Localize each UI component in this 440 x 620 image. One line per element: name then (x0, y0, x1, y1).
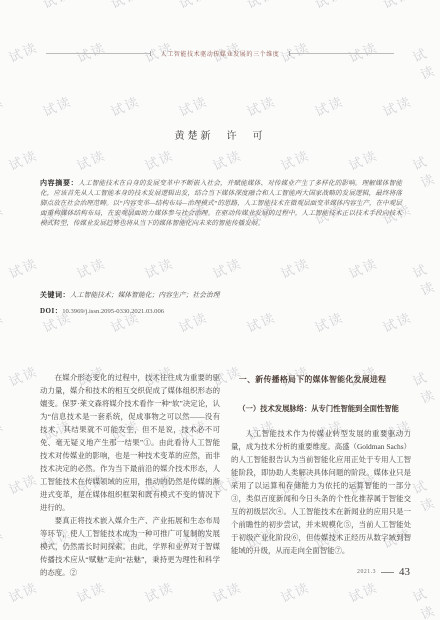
footer-rule (381, 572, 394, 573)
page-number: 43 (399, 566, 410, 578)
issue-label: 2021.3 (357, 569, 376, 575)
running-head-title: 人工智能技术驱动传媒业发展的三个维度 (161, 49, 280, 58)
left-column: 在媒介形态变化的过程中，技术往往成为重要的驱动力量，媒介和技术的相互交织促成了媒… (40, 371, 220, 579)
keywords-label: 关键词： (40, 291, 70, 299)
keywords-row: 关键词：人工智能技术；媒体智能化；内容生产；社会治理 (40, 289, 402, 300)
body-paragraph: 在媒介形态变化的过程中，技术往往成为重要的驱动力量，媒介和技术的相互交织促成了媒… (40, 371, 220, 514)
body-paragraph: 人工智能技术作为传媒业转型发展的重要驱动力量，成为技术分析的重要维度。高盛（Go… (231, 427, 411, 557)
body-columns: 在媒介形态变化的过程中，技术往往成为重要的驱动力量，媒介和技术的相互交织促成了媒… (40, 371, 411, 579)
header-rule-left (46, 53, 150, 54)
abstract-text: 人工智能技术在自身的发展变革中不断嵌入社会，并赋能媒体、对传媒业产生了多样化的影… (40, 180, 402, 227)
running-head: 人工智能技术驱动传媒业发展的三个维度 (46, 49, 394, 58)
abstract-block: 内容摘要：人工智能技术在自身的发展变革中不断嵌入社会，并赋能媒体、对传媒业产生了… (40, 178, 402, 229)
page-footer: 2021.3 43 (357, 566, 410, 578)
doi-label: DOI： (40, 307, 62, 315)
page-content: 人工智能技术驱动传媒业发展的三个维度 黄楚新 许 可 内容摘要：人工智能技术在自… (0, 0, 440, 620)
header-tick-left (150, 51, 151, 56)
header-rule-right (290, 53, 394, 54)
doi-row: DOI：10.3969/j.issn.2095-0330.2021.03.006 (40, 306, 402, 316)
body-paragraph: 要真正将技术嵌入媒介生产、产业拓展和生态布局等环节，使人工智能技术成为一种可推广… (40, 514, 220, 579)
authors: 黄楚新 许 可 (0, 127, 440, 142)
right-column: 一、新传播格局下的媒体智能化发展进程 （一）技术发展脉络：从专门性智能到全面性智… (231, 371, 411, 579)
doi-text: 10.3969/j.issn.2095-0330.2021.03.006 (62, 308, 164, 315)
subsection-heading: （一）技术发展脉络：从专门性智能到全面性智能 (231, 402, 411, 415)
journal-page: 试读试读试读试读试读试读试读试读试读试读试读试读试读试读试读试读试读试读试读试读… (0, 0, 440, 620)
section-heading: 一、新传播格局下的媒体智能化发展进程 (231, 373, 411, 386)
keywords-text: 人工智能技术；媒体智能化；内容生产；社会治理 (70, 292, 220, 299)
abstract-label: 内容摘要： (40, 179, 78, 187)
